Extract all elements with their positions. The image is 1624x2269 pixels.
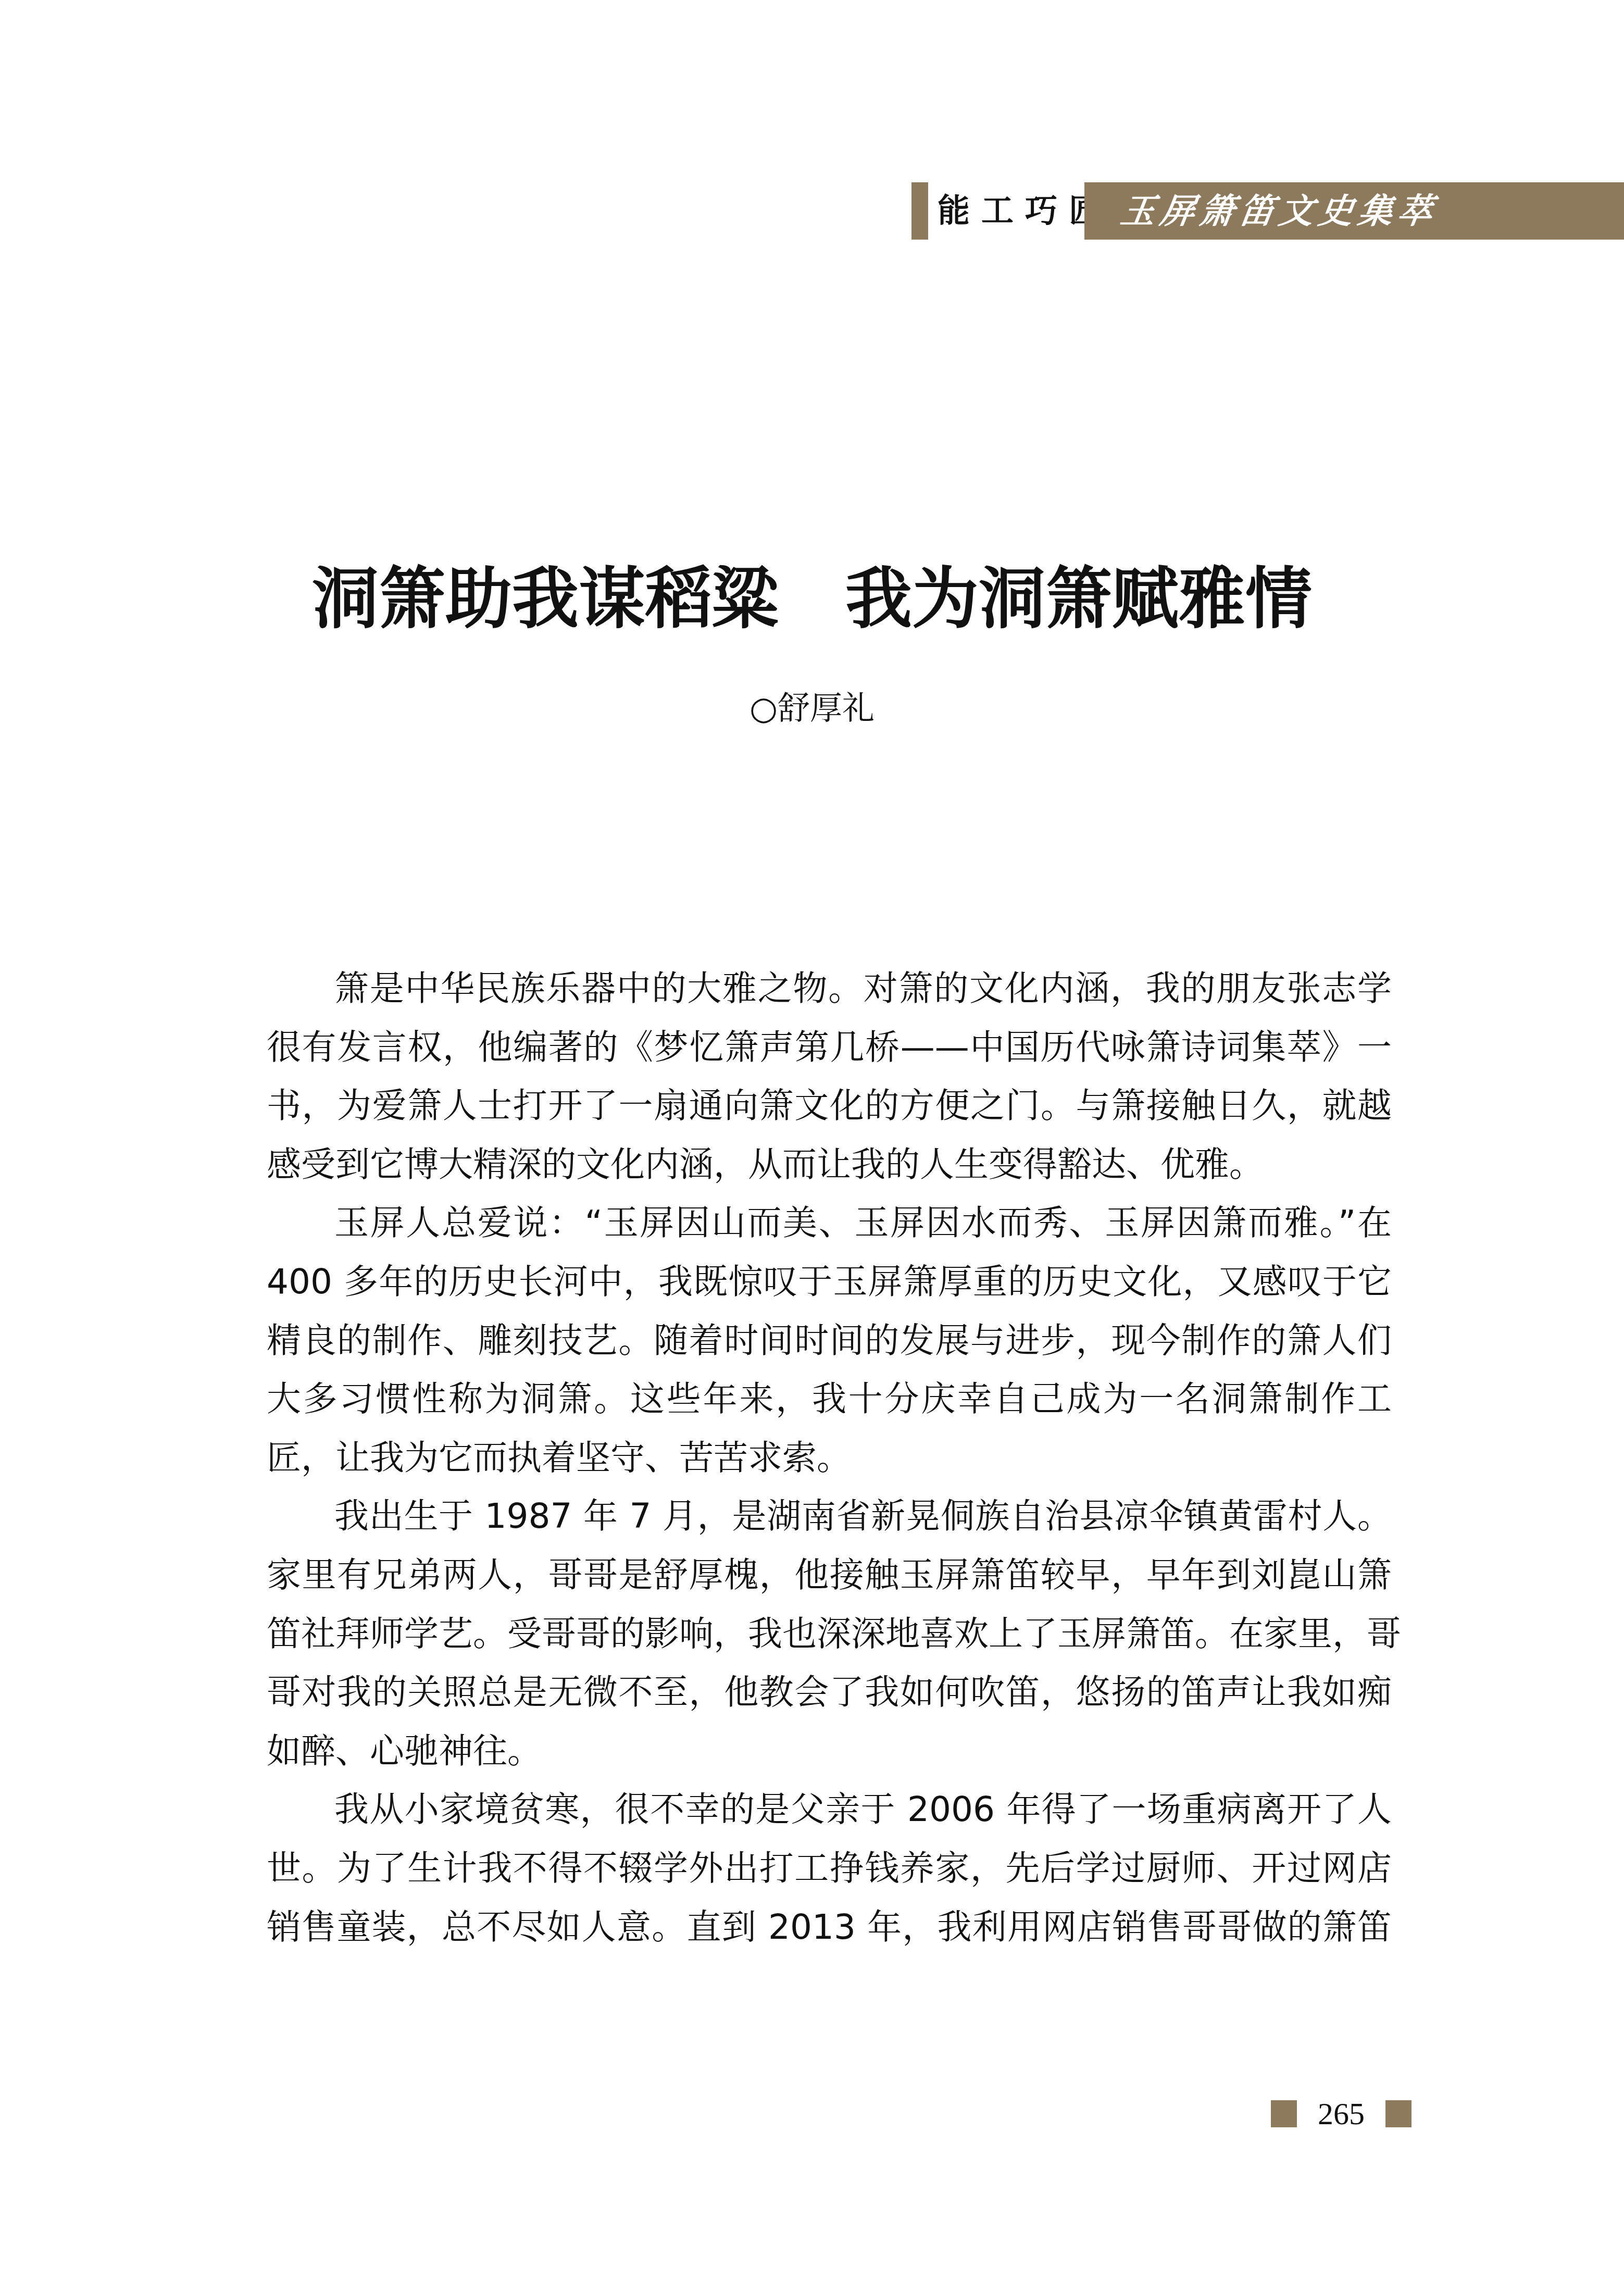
body-line: 玉屏人总爱说：“玉屏因山而美、玉屏因水而秀、玉屏因箫而雅。”在 (267, 1194, 1392, 1253)
body-line: 感受到它博大精深的文化内涵，从而让我的人生变得豁达、优雅。 (267, 1136, 1392, 1194)
book-title: 玉屏箫笛文史集萃 (1117, 182, 1441, 240)
body-line: 大多习惯性称为洞箫。这些年来，我十分庆幸自己成为一名洞箫制作工 (267, 1370, 1392, 1429)
body-line: 精良的制作、雕刻技艺。随着时间时间的发展与进步，现今制作的箫人们 (267, 1312, 1392, 1370)
body-line: 箫是中华民族乐器中的大雅之物。对箫的文化内涵，我的朋友张志学 (267, 959, 1392, 1018)
book-title-band: 玉屏箫笛文史集萃 (1084, 182, 1624, 240)
body-line: 笛社拜师学艺。受哥哥的影响，我也深深地喜欢上了玉屏箫笛。在家里，哥 (267, 1605, 1392, 1664)
footer-square-right (1385, 2100, 1411, 2127)
article-body: 箫是中华民族乐器中的大雅之物。对箫的文化内涵，我的朋友张志学 很有发言权，他编著… (267, 959, 1392, 1956)
header-accent-bar (911, 182, 928, 240)
body-line: 匠，让我为它而执着坚守、苦苦求索。 (267, 1429, 1392, 1488)
body-line: 如醉、心驰神往。 (267, 1722, 1392, 1781)
body-line: 很有发言权，他编著的《梦忆箫声第几桥——中国历代咏箫诗词集萃》一 (267, 1018, 1392, 1077)
body-line: 400 多年的历史长河中，我既惊叹于玉屏箫厚重的历史文化，又感叹于它 (267, 1253, 1392, 1312)
body-line: 销售童装，总不尽如人意。直到 2013 年，我利用网店销售哥哥做的箫笛 (267, 1898, 1392, 1957)
body-line: 我从小家境贫寒，很不幸的是父亲于 2006 年得了一场重病离开了人 (267, 1780, 1392, 1839)
body-line: 我出生于 1987 年 7 月，是湖南省新晃侗族自治县凉伞镇黄雷村人。 (267, 1487, 1392, 1546)
body-line: 哥对我的关照总是无微不至，他教会了我如何吹笛，悠扬的笛声让我如痴 (267, 1663, 1392, 1722)
article-title: 洞箫助我谋稻粱 我为洞箫赋雅情 (0, 557, 1624, 641)
page-footer: 265 (1271, 2099, 1411, 2128)
article-author: ○舒厚礼 (0, 688, 1624, 729)
body-line: 书，为爱箫人士打开了一扇通向箫文化的方便之门。与箫接触日久，就越 (267, 1077, 1392, 1136)
page-number: 265 (1297, 2099, 1385, 2128)
body-line: 家里有兄弟两人，哥哥是舒厚槐，他接触玉屏箫笛较早，早年到刘崑山箫 (267, 1546, 1392, 1605)
body-line: 世。为了生计我不得不辍学外出打工挣钱养家，先后学过厨师、开过网店 (267, 1839, 1392, 1898)
footer-square-left (1271, 2100, 1297, 2127)
